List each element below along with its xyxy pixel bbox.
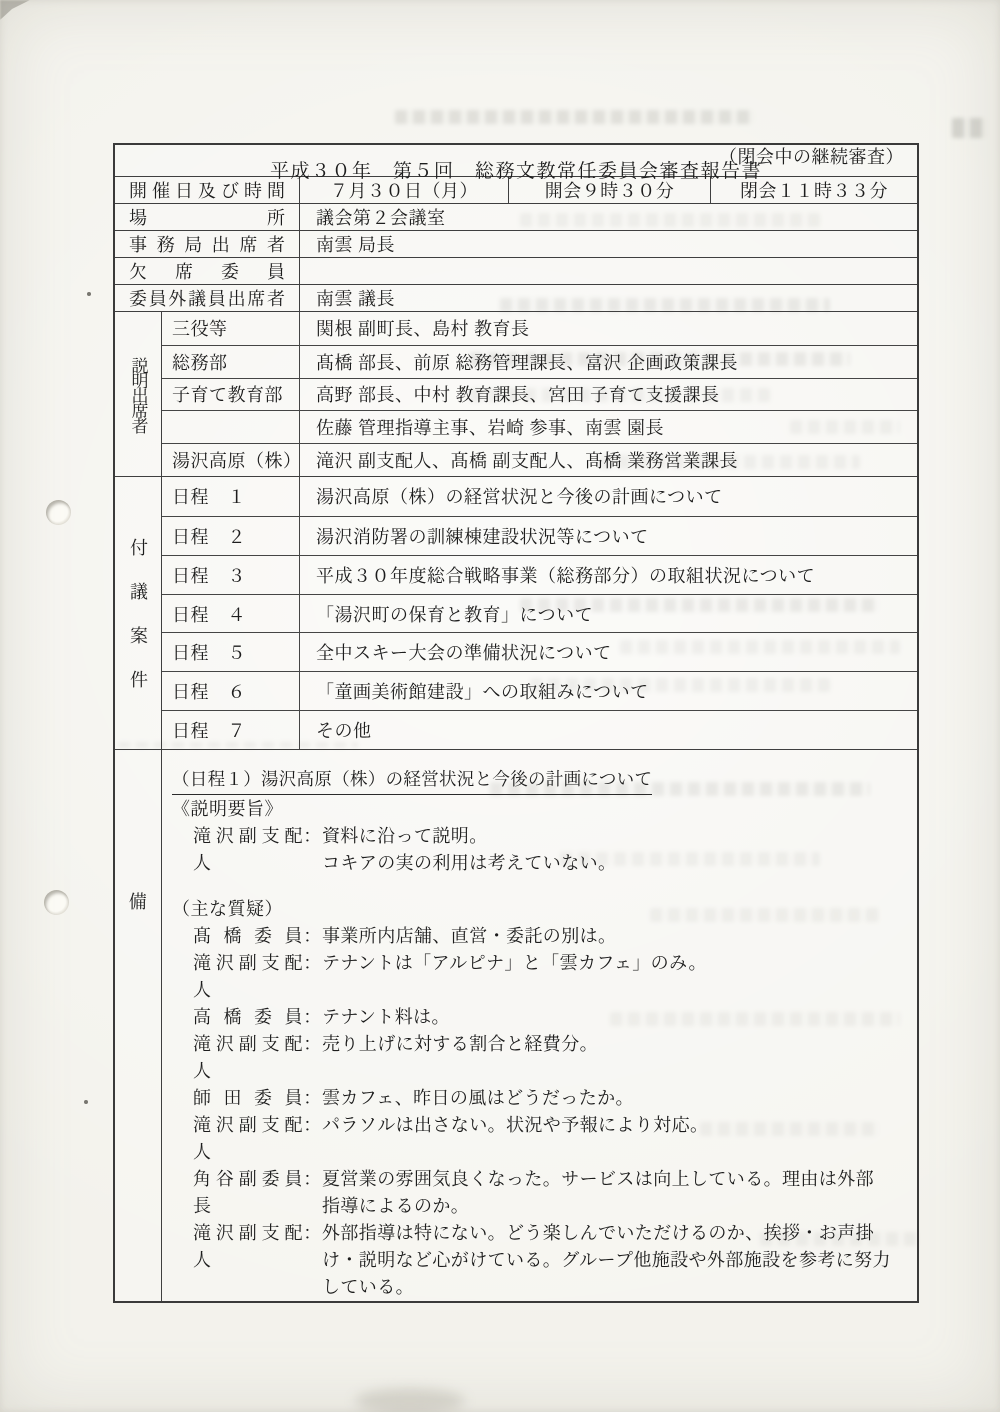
info-row-secretariat: 事務局出席者 南雲 局長 — [115, 230, 917, 257]
utterance-separator: ： — [303, 1031, 322, 1058]
agenda-row: 日程 ６ 「童画美術館建設」への取組みについて — [162, 671, 917, 710]
summary-section-label: 《説明要旨》 — [172, 796, 905, 823]
qa-utterance: 滝沢副支配人 ： 外部指導は特にない。どう楽しんでいただけるのか、挨拶・お声掛け… — [172, 1220, 905, 1301]
utterance-text: 資料に沿って説明。 コキアの実の利用は考えていない。 — [322, 823, 892, 877]
secretariat-label: 事務局出席者 — [129, 231, 285, 257]
bleedthrough-artifact — [395, 110, 755, 124]
speaker-row: 三役等 関根 副町長、島村 教育長 — [162, 312, 917, 345]
agenda-number: 日程 ２ — [162, 517, 300, 555]
speaker-group-label: 子育て教育部 — [162, 379, 300, 411]
agenda-title: その他 — [300, 711, 917, 749]
utterance-speaker: 滝沢副支配人 — [193, 1220, 303, 1274]
scan-corner-artifact — [0, 0, 30, 20]
speaker-row: 子育て教育部 高野 部長、中村 教育課長、宮田 子育て支援課長 — [162, 378, 917, 411]
place-label-cell: 場所 — [115, 204, 300, 230]
info-row-absent: 欠席委員 — [115, 257, 917, 284]
agenda-row: 日程 ２ 湯沢消防署の訓練棟建設状況等について — [162, 516, 917, 555]
hole-punch-mark — [46, 500, 71, 525]
qa-utterance: 髙橋委員 ： 事業所内店舗、直営・委託の別は。 — [172, 923, 905, 950]
remarks-header-cell: 備 — [115, 750, 162, 1301]
utterance-speaker: 髙橋委員 — [193, 923, 303, 950]
agenda-number: 日程 ３ — [162, 556, 300, 594]
utterance-separator: ： — [303, 823, 322, 850]
qa-utterance: 滝沢副支配人 ： 売り上げに対する割合と経費分。 — [172, 1031, 905, 1085]
nonmember-value: 南雲 議長 — [300, 285, 917, 311]
remarks-header: 備 — [129, 888, 148, 914]
explanatory-attendees-header: 説明出席者 — [126, 357, 151, 432]
nonmember-label-cell: 委員外議員出席者 — [115, 285, 300, 311]
agenda-title: 湯沢消防署の訓練棟建設状況等について — [300, 517, 917, 555]
agenda-number: 日程 １ — [162, 477, 300, 516]
agenda-header: 付議案件 — [125, 538, 151, 714]
utterance-separator: ： — [303, 923, 322, 950]
utterance-separator: ： — [303, 1220, 322, 1247]
absent-label-cell: 欠席委員 — [115, 258, 300, 284]
agenda-title: 全中スキー大会の準備状況について — [300, 633, 917, 671]
explanatory-attendees-header-cell: 説明出席者 — [115, 312, 162, 476]
utterance-separator: ： — [303, 1004, 322, 1031]
absent-value — [300, 258, 917, 284]
agenda-title: 湯沢高原（株）の経営状況と今後の計画について — [300, 477, 917, 516]
utterance-text: パラソルは出さない。状況や予報により対応。 — [322, 1112, 892, 1139]
agenda-title: 「童画美術館建設」への取組みについて — [300, 672, 917, 710]
utterance-speaker: 師田委員 — [193, 1085, 303, 1112]
speaker-names: 関根 副町長、島村 教育長 — [300, 312, 917, 345]
agenda-number: 日程 ７ — [162, 711, 300, 749]
utterance-speaker: 滝沢副支配人 — [193, 1112, 303, 1166]
speaker-names: 佐藤 管理指導主事、岩崎 参事、南雲 園長 — [300, 411, 917, 443]
bleedthrough-artifact — [952, 118, 988, 138]
agenda-number: 日程 ６ — [162, 672, 300, 710]
scan-smudge-artifact — [355, 1388, 465, 1412]
qa-utterance: 滝沢副支配人 ： テナントは「アルピナ」と「雲カフェ」のみ。 — [172, 950, 905, 1004]
remarks-topic-heading: （日程１）湯沢高原（株）の経営状況と今後の計画について — [172, 766, 905, 795]
speaker-group-label — [162, 411, 300, 443]
utterance-text: テナントは「アルピナ」と「雲カフェ」のみ。 — [322, 950, 892, 977]
utterance-text: 夏営業の雰囲気良くなった。サービスは向上している。理由は外部指導によるのか。 — [322, 1166, 892, 1220]
remarks-content: （日程１）湯沢高原（株）の経営状況と今後の計画について 《説明要旨》 滝沢副支配… — [162, 750, 917, 1301]
agenda-number: 日程 ５ — [162, 633, 300, 671]
place-label: 場所 — [129, 204, 285, 230]
nonmember-label: 委員外議員出席者 — [129, 285, 285, 311]
speaker-names: 髙橋 部長、前原 総務管理課長、富沢 企画政策課長 — [300, 346, 917, 378]
utterance-text: 雲カフェ、昨日の風はどうだったか。 — [322, 1085, 892, 1112]
info-row-nonmember: 委員外議員出席者 南雲 議長 — [115, 284, 917, 311]
utterance-speaker: 角谷副委員長 — [193, 1166, 303, 1220]
scan-speck — [84, 1100, 88, 1104]
secretariat-value: 南雲 局長 — [300, 231, 917, 257]
scanned-committee-report-page: { "document": { "title": "平成３０年 第５回 総務文教… — [0, 0, 1000, 1412]
agenda-section: 付議案件 日程 １ 湯沢高原（株）の経営状況と今後の計画について 日程 ２ 湯沢… — [115, 476, 917, 749]
qa-utterance: 滝沢副支配人 ： パラソルは出さない。状況や予報により対応。 — [172, 1112, 905, 1166]
utterance-text: 事業所内店舗、直営・委託の別は。 — [322, 923, 892, 950]
utterance-separator: ： — [303, 1085, 322, 1112]
place-value: 議会第２会議室 — [300, 204, 917, 230]
utterance-text: 外部指導は特にない。どう楽しんでいただけるのか、挨拶・お声掛け・説明など心がけて… — [322, 1220, 892, 1301]
utterance-speaker: 滝沢副支配人 — [193, 950, 303, 1004]
report-table: 平成３０年 第５回 総務文教常任委員会審査報告書 （閉会中の継続審査） 開催日及… — [113, 143, 919, 1303]
agenda-row: 日程 ３ 平成３０年度総合戦略事業（総務部分）の取組状況について — [162, 555, 917, 594]
agenda-title: 「湯沢町の保育と教育」について — [300, 595, 917, 633]
speaker-names: 滝沢 副支配人、髙橋 副支配人、髙橋 業務営業課長 — [300, 444, 917, 476]
agenda-row: 日程 ５ 全中スキー大会の準備状況について — [162, 632, 917, 671]
qa-utterance: 師田委員 ： 雲カフェ、昨日の風はどうだったか。 — [172, 1085, 905, 1112]
utterance-separator: ： — [303, 950, 322, 977]
scan-speck — [87, 292, 91, 296]
speaker-names: 高野 部長、中村 教育課長、宮田 子育て支援課長 — [300, 379, 917, 411]
agenda-title: 平成３０年度総合戦略事業（総務部分）の取組状況について — [300, 556, 917, 594]
speaker-row: 総務部 髙橋 部長、前原 総務管理課長、富沢 企画政策課長 — [162, 345, 917, 378]
remarks-section: 備 （日程１）湯沢高原（株）の経営状況と今後の計画について 《説明要旨》 滝沢副… — [115, 749, 917, 1301]
secretariat-label-cell: 事務局出席者 — [115, 231, 300, 257]
utterance-speaker: 高橋委員 — [193, 1004, 303, 1031]
qa-utterance: 高橋委員 ： テナント料は。 — [172, 1004, 905, 1031]
utterance-text: 売り上げに対する割合と経費分。 — [322, 1031, 892, 1058]
agenda-row: 日程 ４ 「湯沢町の保育と教育」について — [162, 594, 917, 633]
qa-utterance: 角谷副委員長 ： 夏営業の雰囲気良くなった。サービスは向上している。理由は外部指… — [172, 1166, 905, 1220]
agenda-header-cell: 付議案件 — [115, 477, 162, 749]
speaker-row: 佐藤 管理指導主事、岩崎 参事、南雲 園長 — [162, 410, 917, 443]
title-row: 平成３０年 第５回 総務文教常任委員会審査報告書 （閉会中の継続審査） — [115, 145, 917, 176]
utterance-separator: ： — [303, 1166, 322, 1193]
agenda-number: 日程 ４ — [162, 595, 300, 633]
summary-utterance: 滝沢副支配人 ： 資料に沿って説明。 コキアの実の利用は考えていない。 — [172, 823, 905, 877]
agenda-row: 日程 ７ その他 — [162, 710, 917, 749]
speaker-row: 湯沢高原（株） 滝沢 副支配人、髙橋 副支配人、髙橋 業務営業課長 — [162, 443, 917, 476]
qa-section-label: （主な質疑） — [172, 896, 905, 923]
hole-punch-mark — [44, 890, 69, 915]
utterance-text: テナント料は。 — [322, 1004, 892, 1031]
speaker-group-label: 三役等 — [162, 312, 300, 345]
utterance-separator: ： — [303, 1112, 322, 1139]
absent-label: 欠席委員 — [129, 258, 285, 284]
explanatory-attendees-section: 説明出席者 三役等 関根 副町長、島村 教育長 総務部 髙橋 部長、前原 総務管… — [115, 311, 917, 476]
utterance-speaker: 滝沢副支配人 — [193, 823, 303, 877]
report-subtitle: （閉会中の継続審査） — [719, 143, 904, 169]
agenda-row: 日程 １ 湯沢高原（株）の経営状況と今後の計画について — [162, 477, 917, 516]
speaker-group-label: 湯沢高原（株） — [162, 444, 300, 476]
utterance-speaker: 滝沢副支配人 — [193, 1031, 303, 1085]
info-row-place: 場所 議会第２会議室 — [115, 203, 917, 230]
speaker-group-label: 総務部 — [162, 346, 300, 378]
